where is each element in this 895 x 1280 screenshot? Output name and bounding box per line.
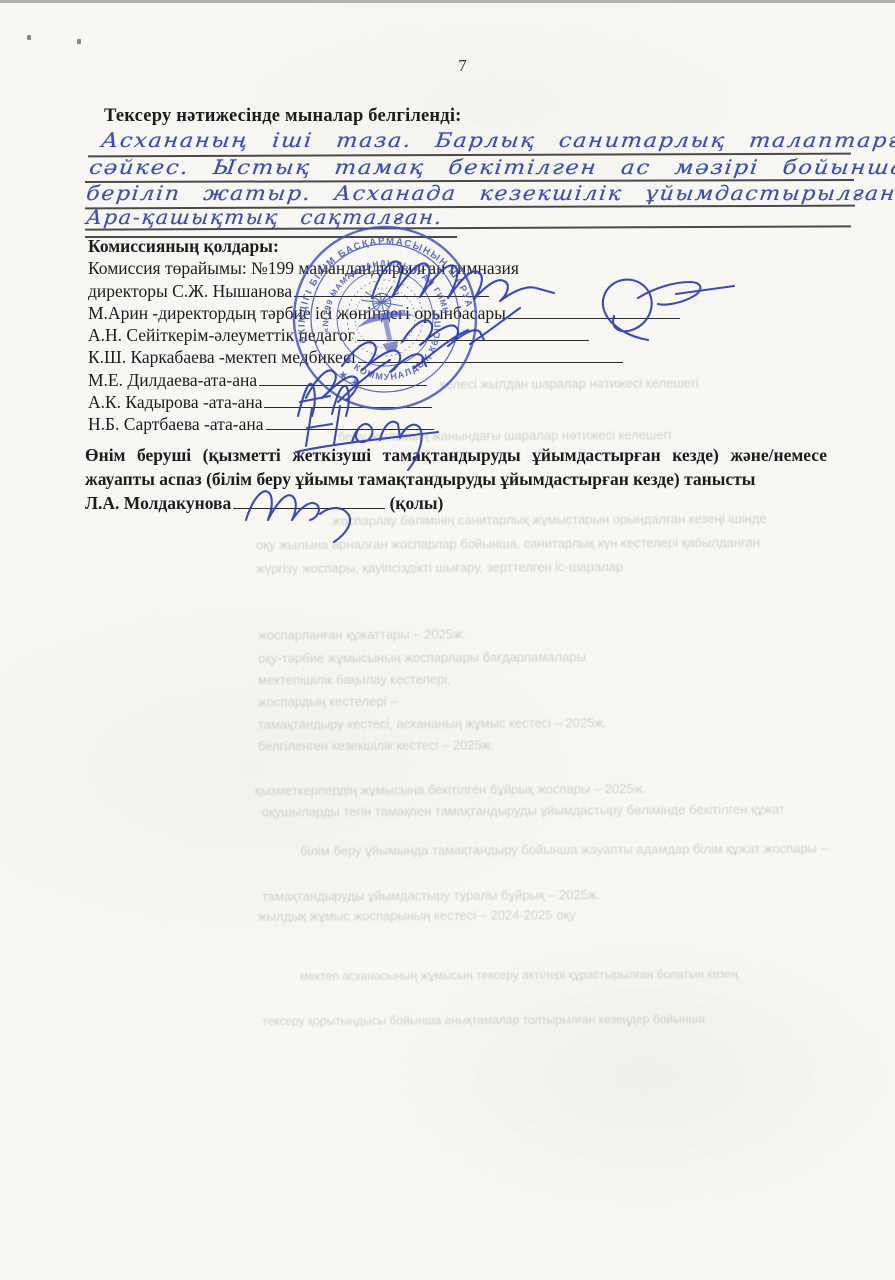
scanned-document-page: келесі жылдан шаралар нәтижесі келешегіб… xyxy=(0,0,895,1280)
member-label: директоры С.Ж. Нышанова xyxy=(88,281,292,301)
member-label: А.К. Кадырова -ата-ана xyxy=(88,392,262,412)
bleedthrough-line: қызметкерлердің жұмысына бекітілген бұйр… xyxy=(255,781,646,798)
member-label: Комиссия төрайымы: №199 мамандандырылған… xyxy=(88,258,519,278)
member-label: К.Ш. Каркабаева -мектеп медбикесі xyxy=(88,347,356,367)
bleedthrough-line: мектепішілік бақылау кестелері, xyxy=(258,671,451,687)
commission-member-row: А.Н. Сейіткерім-әлеуметтік педагог xyxy=(88,324,788,346)
bleedthrough-line: оқу-тәрбие жұмысының жоспарлары бағдарла… xyxy=(258,649,586,666)
supplier-paragraph: Өнім беруші (қызметті жеткізуші тамақтан… xyxy=(85,444,827,491)
page-number: 7 xyxy=(0,56,895,76)
scan-edge xyxy=(0,0,895,3)
report-heading: Тексеру нәтижесінде мыналар белгіленді: xyxy=(104,106,462,127)
bleedthrough-line: жоспардың кестелері – xyxy=(258,694,397,710)
paper-speck xyxy=(27,35,31,40)
paper-speck xyxy=(77,39,81,44)
commission-member-row: К.Ш. Каркабаева -мектеп медбикесі xyxy=(88,346,788,368)
commission-member-row: Н.Б. Сартбаева -ата-ана xyxy=(88,413,788,435)
handwriting-line: сәйкес. Ыстық тамақ бекітілген ас мәзірі… xyxy=(88,155,895,179)
signature-line xyxy=(259,370,427,386)
bleedthrough-line: жоспарланған құжаттары – 2025ж. xyxy=(258,626,465,642)
bleedthrough-line: жүргізу жоспары, қауіпсіздікті шығару, з… xyxy=(256,559,623,576)
signature-line xyxy=(264,392,432,408)
commission-member-row: директоры С.Ж. Нышанова xyxy=(88,280,788,302)
signature-line xyxy=(266,414,434,430)
commission-heading: Комиссияның қолдары: xyxy=(88,235,788,257)
signature-line xyxy=(294,281,489,297)
commission-member-row: М.Е. Дилдаева-ата-ана xyxy=(88,369,788,391)
bleedthrough-line: оқу жылына арналған жоспарлар бойынша, с… xyxy=(256,535,760,553)
member-label: М.Арин -директордың тәрбие ісі жөніндегі… xyxy=(88,303,506,323)
signature-hint: (қолы) xyxy=(390,493,444,513)
member-label: М.Е. Дилдаева-ата-ана xyxy=(88,370,257,390)
supplier-block: Өнім беруші (қызметті жеткізуші тамақтан… xyxy=(85,444,827,516)
supplier-name-row: Л.А. Молдакунова (қолы) xyxy=(85,492,827,516)
bleedthrough-line: тамақтандыруды ұйымдастыру туралы бұйрық… xyxy=(262,887,600,904)
commission-member-row: А.К. Кадырова -ата-ана xyxy=(88,391,788,413)
bleedthrough-line: тексеру қорытындысы бойынша анықтамалар … xyxy=(262,1012,705,1028)
supplier-name: Л.А. Молдакунова xyxy=(85,493,231,513)
bleedthrough-line: тамақтандыру кестесі, асхананың жұмыс ке… xyxy=(258,715,607,732)
member-label: Н.Б. Сартбаева -ата-ана xyxy=(88,414,264,434)
bleedthrough-line: белгіленген кезекшілік кестесі – 2025ж. xyxy=(258,737,494,753)
signature-line xyxy=(358,347,623,363)
bleedthrough-line: білім беру ұйымында тамақтандыру бойынша… xyxy=(300,841,828,859)
bleedthrough-line: мектеп асханасының жұмысын тексеру актіл… xyxy=(300,967,738,983)
member-label: А.Н. Сейіткерім-әлеуметтік педагог xyxy=(88,325,355,345)
commission-member-row: М.Арин -директордың тәрбие ісі жөніндегі… xyxy=(88,302,788,324)
handwriting-line: Асхананың іші таза. Барлық санитарлық та… xyxy=(100,128,895,152)
signature-line xyxy=(508,303,680,319)
commission-block: Комиссияның қолдары: Комиссия төрайымы: … xyxy=(88,235,788,436)
bleedthrough-line: жылдық жұмыс жоспарының кестесі – 2024-2… xyxy=(258,907,576,924)
bleedthrough-line: оқушыларды тегін тамақпен тамақтандыруды… xyxy=(262,802,785,820)
handwriting-line: беріліп жатыр. Асханада кезекшілік ұйымд… xyxy=(85,181,895,205)
commission-member-row: Комиссия төрайымы: №199 мамандандырылған… xyxy=(88,257,788,279)
signature-line xyxy=(357,325,589,341)
signature-line xyxy=(233,493,385,509)
